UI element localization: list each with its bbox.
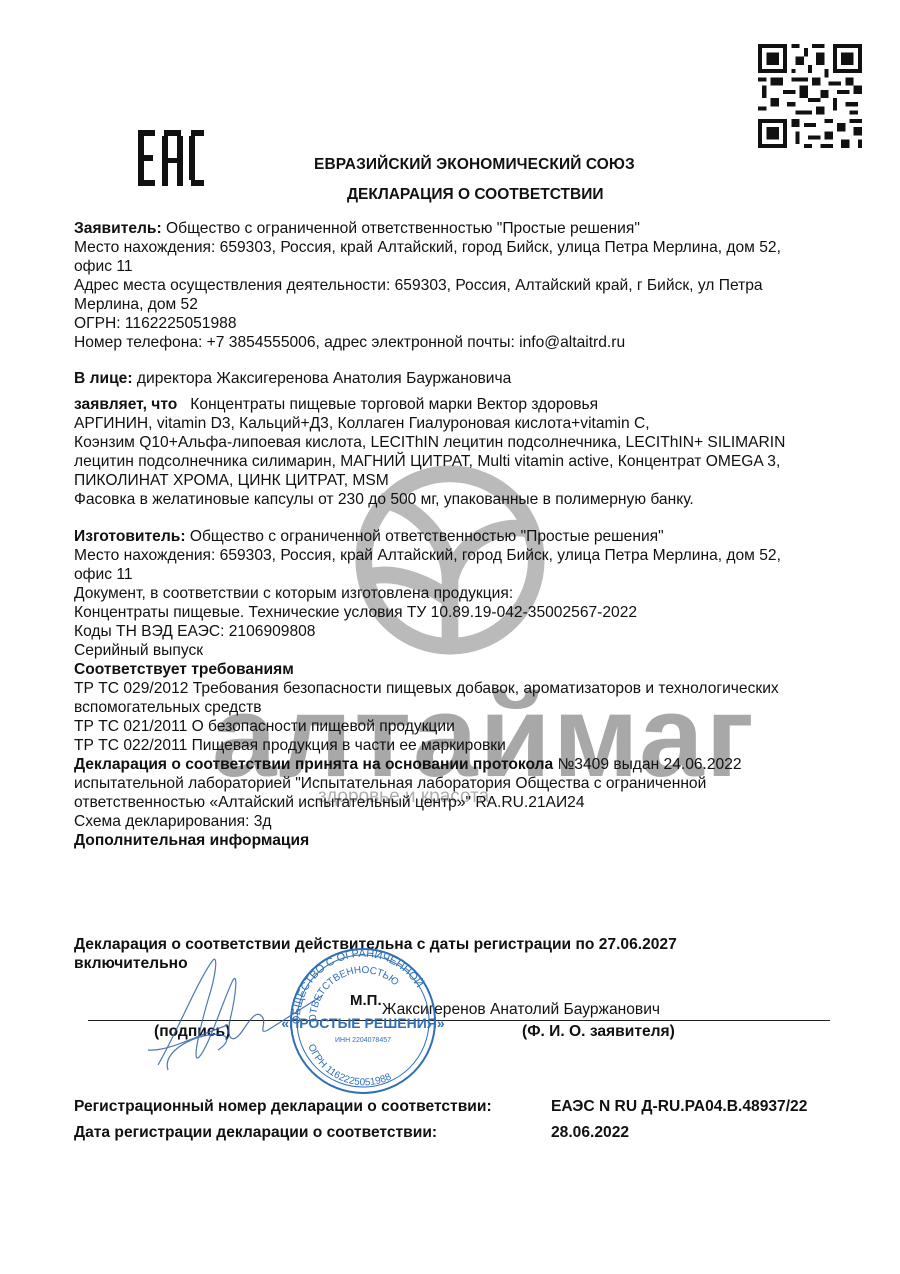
- registration-number-value: ЕАЭС N RU Д-RU.PA04.B.48937/22: [551, 1098, 807, 1116]
- declaration-page: алтаймаг здоровье и красота: [0, 0, 900, 1274]
- applicant-line: Мерлина, дом 52: [74, 295, 781, 314]
- packaging-line: Фасовка в желатиновые капсулы от 230 до …: [74, 490, 785, 509]
- applicant-line: ОГРН: 1162225051988: [74, 314, 781, 333]
- basis-line: испытательной лабораторией "Испытательна…: [74, 774, 781, 793]
- document-title: ДЕКЛАРАЦИЯ О СООТВЕТСТВИИ: [347, 186, 604, 204]
- declares-section: заявляет, что Концентраты пищевые торгов…: [74, 395, 785, 509]
- represented-by-label: В лице:: [74, 370, 133, 387]
- scheme-line: Схема декларирования: 3д: [74, 812, 781, 831]
- product-line: лецитин подсолнечника силимарин, МАГНИЙ …: [74, 452, 785, 471]
- registration-date-label: Дата регистрации декларации о соответств…: [74, 1124, 437, 1142]
- protocol-value: №3409 выдан 24.06.2022: [553, 756, 741, 773]
- declares-label: заявляет, что: [74, 396, 177, 413]
- product-line: Коэнзим Q10+Альфа-липоевая кислота, LECI…: [74, 433, 785, 452]
- manufacturer-line: Место нахождения: 659303, Россия, край А…: [74, 546, 781, 565]
- declares-product: Концентраты пищевые торговой марки Векто…: [177, 396, 598, 413]
- union-title: ЕВРАЗИЙСКИЙ ЭКОНОМИЧЕСКИЙ СОЮЗ: [314, 156, 635, 174]
- manufacturer-line: Документ, в соответствии с которым изгот…: [74, 584, 781, 603]
- manufacturer-line: офис 11: [74, 565, 781, 584]
- eac-mark-icon: [138, 130, 204, 186]
- applicant-line: Адрес места осуществления деятельности: …: [74, 276, 781, 295]
- represented-by-section: В лице: директора Жаксигеренова Анатолия…: [74, 369, 511, 388]
- requirement-line: вспомогательных средств: [74, 698, 781, 717]
- manufacturer-label: Изготовитель:: [74, 528, 186, 545]
- registration-number-label: Регистрационный номер декларации о соотв…: [74, 1098, 492, 1116]
- requirement-line: ТР ТС 021/2011 О безопасности пищевой пр…: [74, 717, 781, 736]
- applicant-section: Заявитель: Общество с ограниченной ответ…: [74, 219, 781, 352]
- registration-date-value: 28.06.2022: [551, 1124, 629, 1142]
- stamp-inn-text: ИНН 2204078457: [335, 1037, 391, 1044]
- fio-label: (Ф. И. О. заявителя): [522, 1023, 675, 1041]
- basis-label: Декларация о соответствии принята на осн…: [74, 756, 553, 773]
- applicant-label: Заявитель:: [74, 220, 162, 237]
- stamp-center-text: «ПРОСТЫЕ РЕШЕНИЯ»: [282, 1015, 444, 1031]
- requirement-line: ТР ТС 022/2011 Пищевая продукция в части…: [74, 736, 781, 755]
- manufacturer-section: Изготовитель: Общество с ограниченной от…: [74, 527, 781, 850]
- applicant-line: Номер телефона: +7 3854555006, адрес эле…: [74, 333, 781, 352]
- basis-line: ответственностью «Алтайский испытательны…: [74, 793, 781, 812]
- requirement-line: ТР ТС 029/2012 Требования безопасности п…: [74, 679, 781, 698]
- additional-info-title: Дополнительная информация: [74, 831, 781, 850]
- manufacturer-line: Коды ТН ВЭД ЕАЭС: 2106909808: [74, 622, 781, 641]
- svg-text:ОГРН 1162225051988: ОГРН 1162225051988: [305, 1043, 393, 1089]
- manufacturer-name: Общество с ограниченной ответственностью…: [186, 528, 664, 545]
- applicant-line: офис 11: [74, 257, 781, 276]
- qr-code-icon[interactable]: [758, 44, 862, 148]
- company-stamp-icon: ОБЩЕСТВО С ОГРАНИЧЕННОЙ ОТВЕТСТВЕННОСТЬЮ…: [282, 946, 444, 1096]
- product-line: ПИКОЛИНАТ ХРОМА, ЦИНК ЦИТРАТ, MSM: [74, 471, 785, 490]
- represented-by-value: директора Жаксигеренова Анатолия Бауржан…: [133, 370, 512, 387]
- applicant-line: Место нахождения: 659303, Россия, край А…: [74, 238, 781, 257]
- stamp-bottom-text: ОГРН 1162225051988: [305, 1043, 393, 1089]
- product-line: АРГИНИН, vitamin D3, Кальций+Д3, Коллаге…: [74, 414, 785, 433]
- manufacturer-line: Серийный выпуск: [74, 641, 781, 660]
- requirements-title: Соответствует требованиям: [74, 660, 781, 679]
- manufacturer-line: Концентраты пищевые. Технические условия…: [74, 603, 781, 622]
- applicant-name: Общество с ограниченной ответственностью…: [162, 220, 640, 237]
